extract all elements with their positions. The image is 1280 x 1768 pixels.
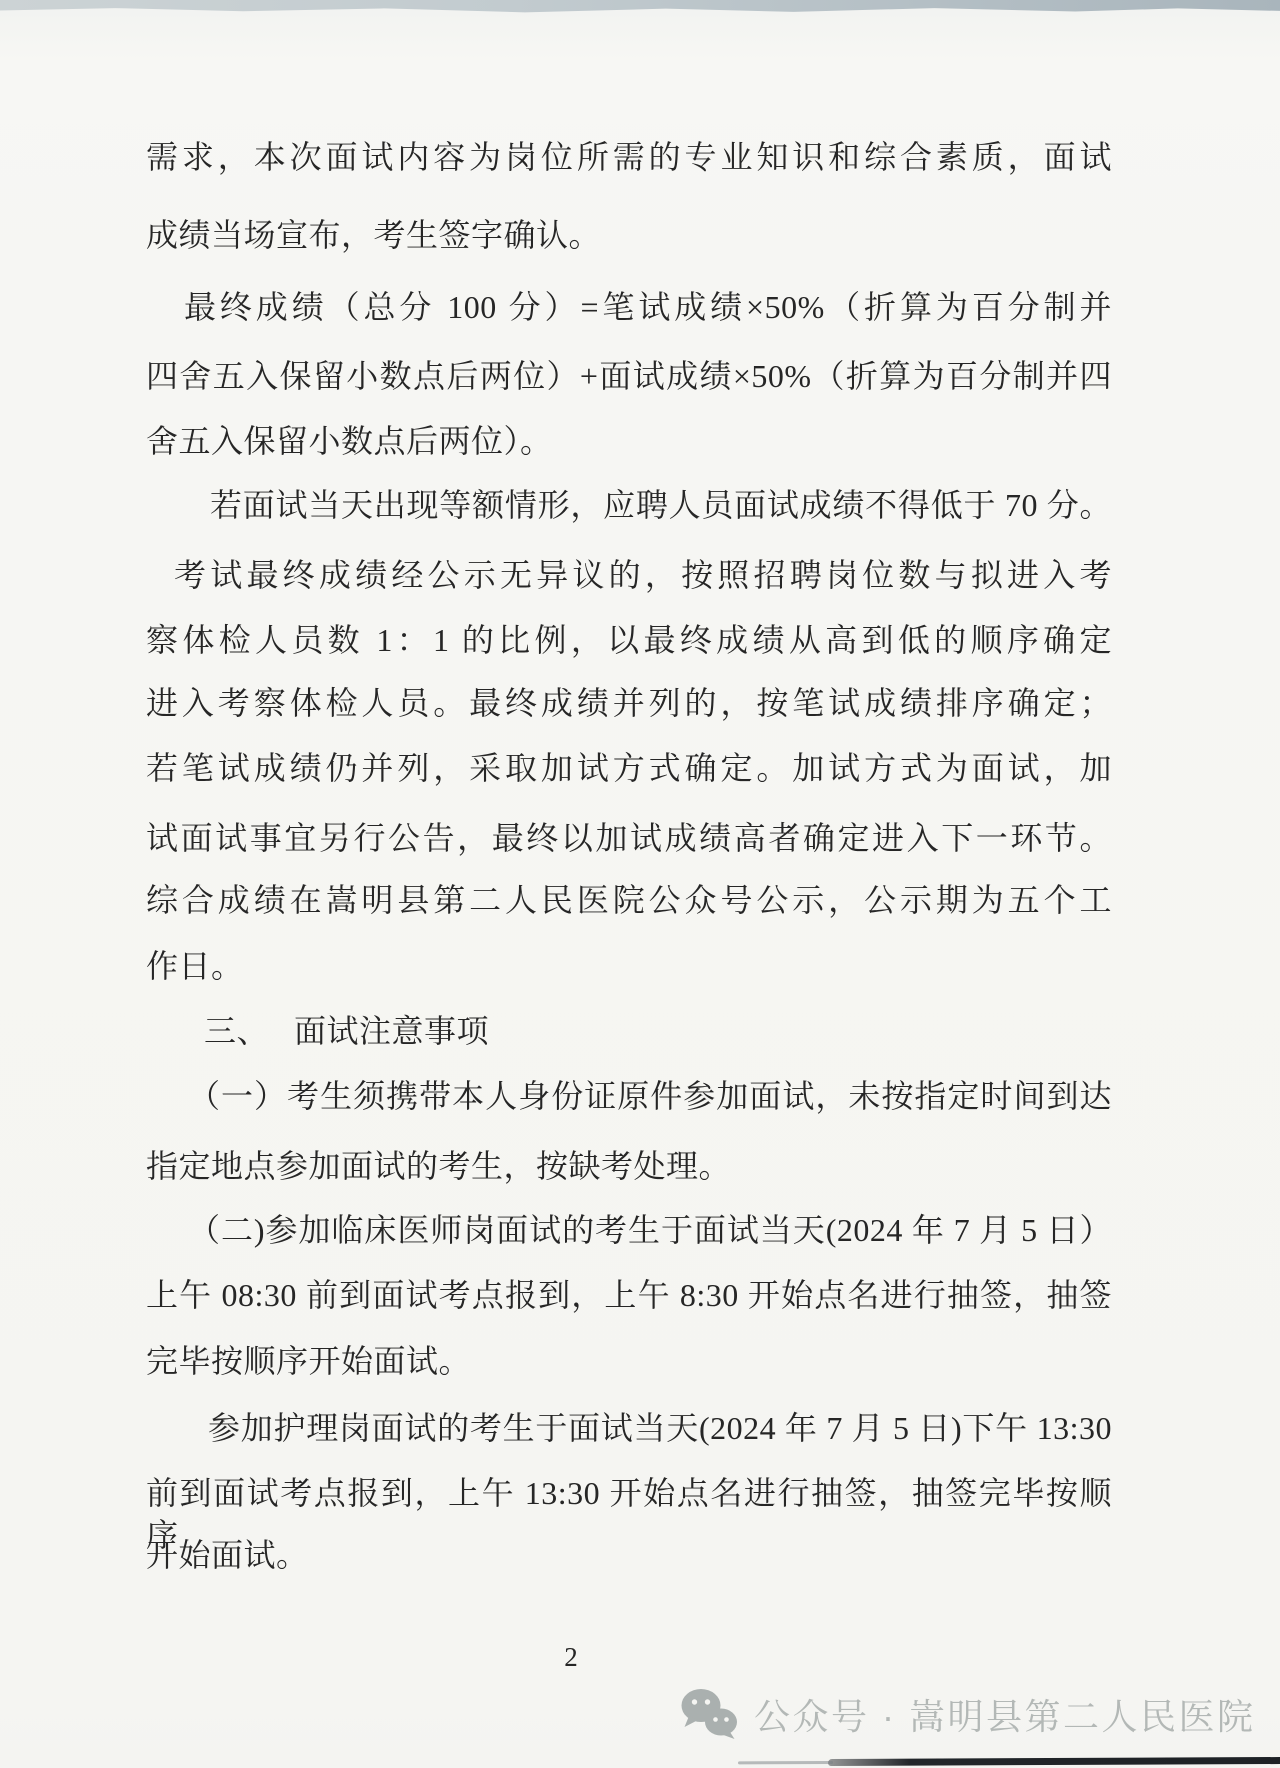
text-line: 完毕按顺序开始面试。: [146, 1340, 1112, 1382]
text-line: 若面试当天出现等额情形，应聘人员面试成绩不得低于 70 分。: [146, 484, 1112, 526]
scan-edge-bottom: [828, 1757, 1280, 1766]
text-line: 综合成绩在嵩明县第二人民医院公众号公示，公示期为五个工: [146, 879, 1112, 921]
text-line: 成绩当场宣布，考生签字确认。: [146, 214, 1112, 256]
document-body: 需求，本次面试内容为岗位所需的专业知识和综合素质，面试成绩当场宣布，考生签字确认…: [146, 0, 1112, 1768]
text-line: 若笔试成绩仍并列，采取加试方式确定。加试方式为面试，加: [146, 747, 1112, 789]
text-line: 考试最终成绩经公示无异议的，按照招聘岗位数与拟进入考: [146, 554, 1112, 596]
text-line: 开始面试。: [146, 1534, 1112, 1576]
text-line: 舍五入保留小数点后两位）。: [146, 420, 1112, 462]
text-line: 最终成绩（总分 100 分）=笔试成绩×50%（折算为百分制并: [146, 286, 1112, 328]
text-line: 进入考察体检人员。最终成绩并列的，按笔试成绩排序确定；: [146, 682, 1112, 724]
text-line: 参加护理岗面试的考生于面试当天(2024 年 7 月 5 日)下午 13:30: [146, 1407, 1112, 1449]
page-number: 2: [146, 1642, 996, 1673]
text-line: （一）考生须携带本人身份证原件参加面试，未按指定时间到达: [146, 1075, 1112, 1117]
text-line: 前到面试考点报到，上午 13:30 开始点名进行抽签，抽签完毕按顺序: [146, 1472, 1112, 1514]
text-line: 四舍五入保留小数点后两位）+面试成绩×50%（折算为百分制并四: [146, 355, 1112, 397]
scanned-page: 需求，本次面试内容为岗位所需的专业知识和综合素质，面试成绩当场宣布，考生签字确认…: [0, 0, 1280, 1768]
text-line: 上午 08:30 前到面试考点报到，上午 8:30 开始点名进行抽签，抽签: [146, 1274, 1112, 1316]
text-line: 需求，本次面试内容为岗位所需的专业知识和综合素质，面试: [146, 136, 1112, 178]
watermark-label: 公众号 · 嵩明县第二人民医院: [754, 1689, 1256, 1740]
text-line: 试面试事宜另行公告，最终以加试成绩高者确定进入下一环节。: [146, 817, 1112, 859]
text-line: （二)参加临床医师岗面试的考生于面试当天(2024 年 7 月 5 日）: [146, 1209, 1112, 1251]
text-line: 作日。: [146, 945, 1112, 987]
text-line: 三、 面试注意事项: [146, 1010, 1112, 1052]
text-line: 察体检人员数 1：1 的比例，以最终成绩从高到低的顺序确定: [146, 619, 1112, 661]
watermark: 公众号 · 嵩明县第二人民医院: [680, 1688, 1256, 1740]
text-line: 指定地点参加面试的考生，按缺考处理。: [146, 1145, 1112, 1187]
wechat-icon: [680, 1688, 738, 1740]
